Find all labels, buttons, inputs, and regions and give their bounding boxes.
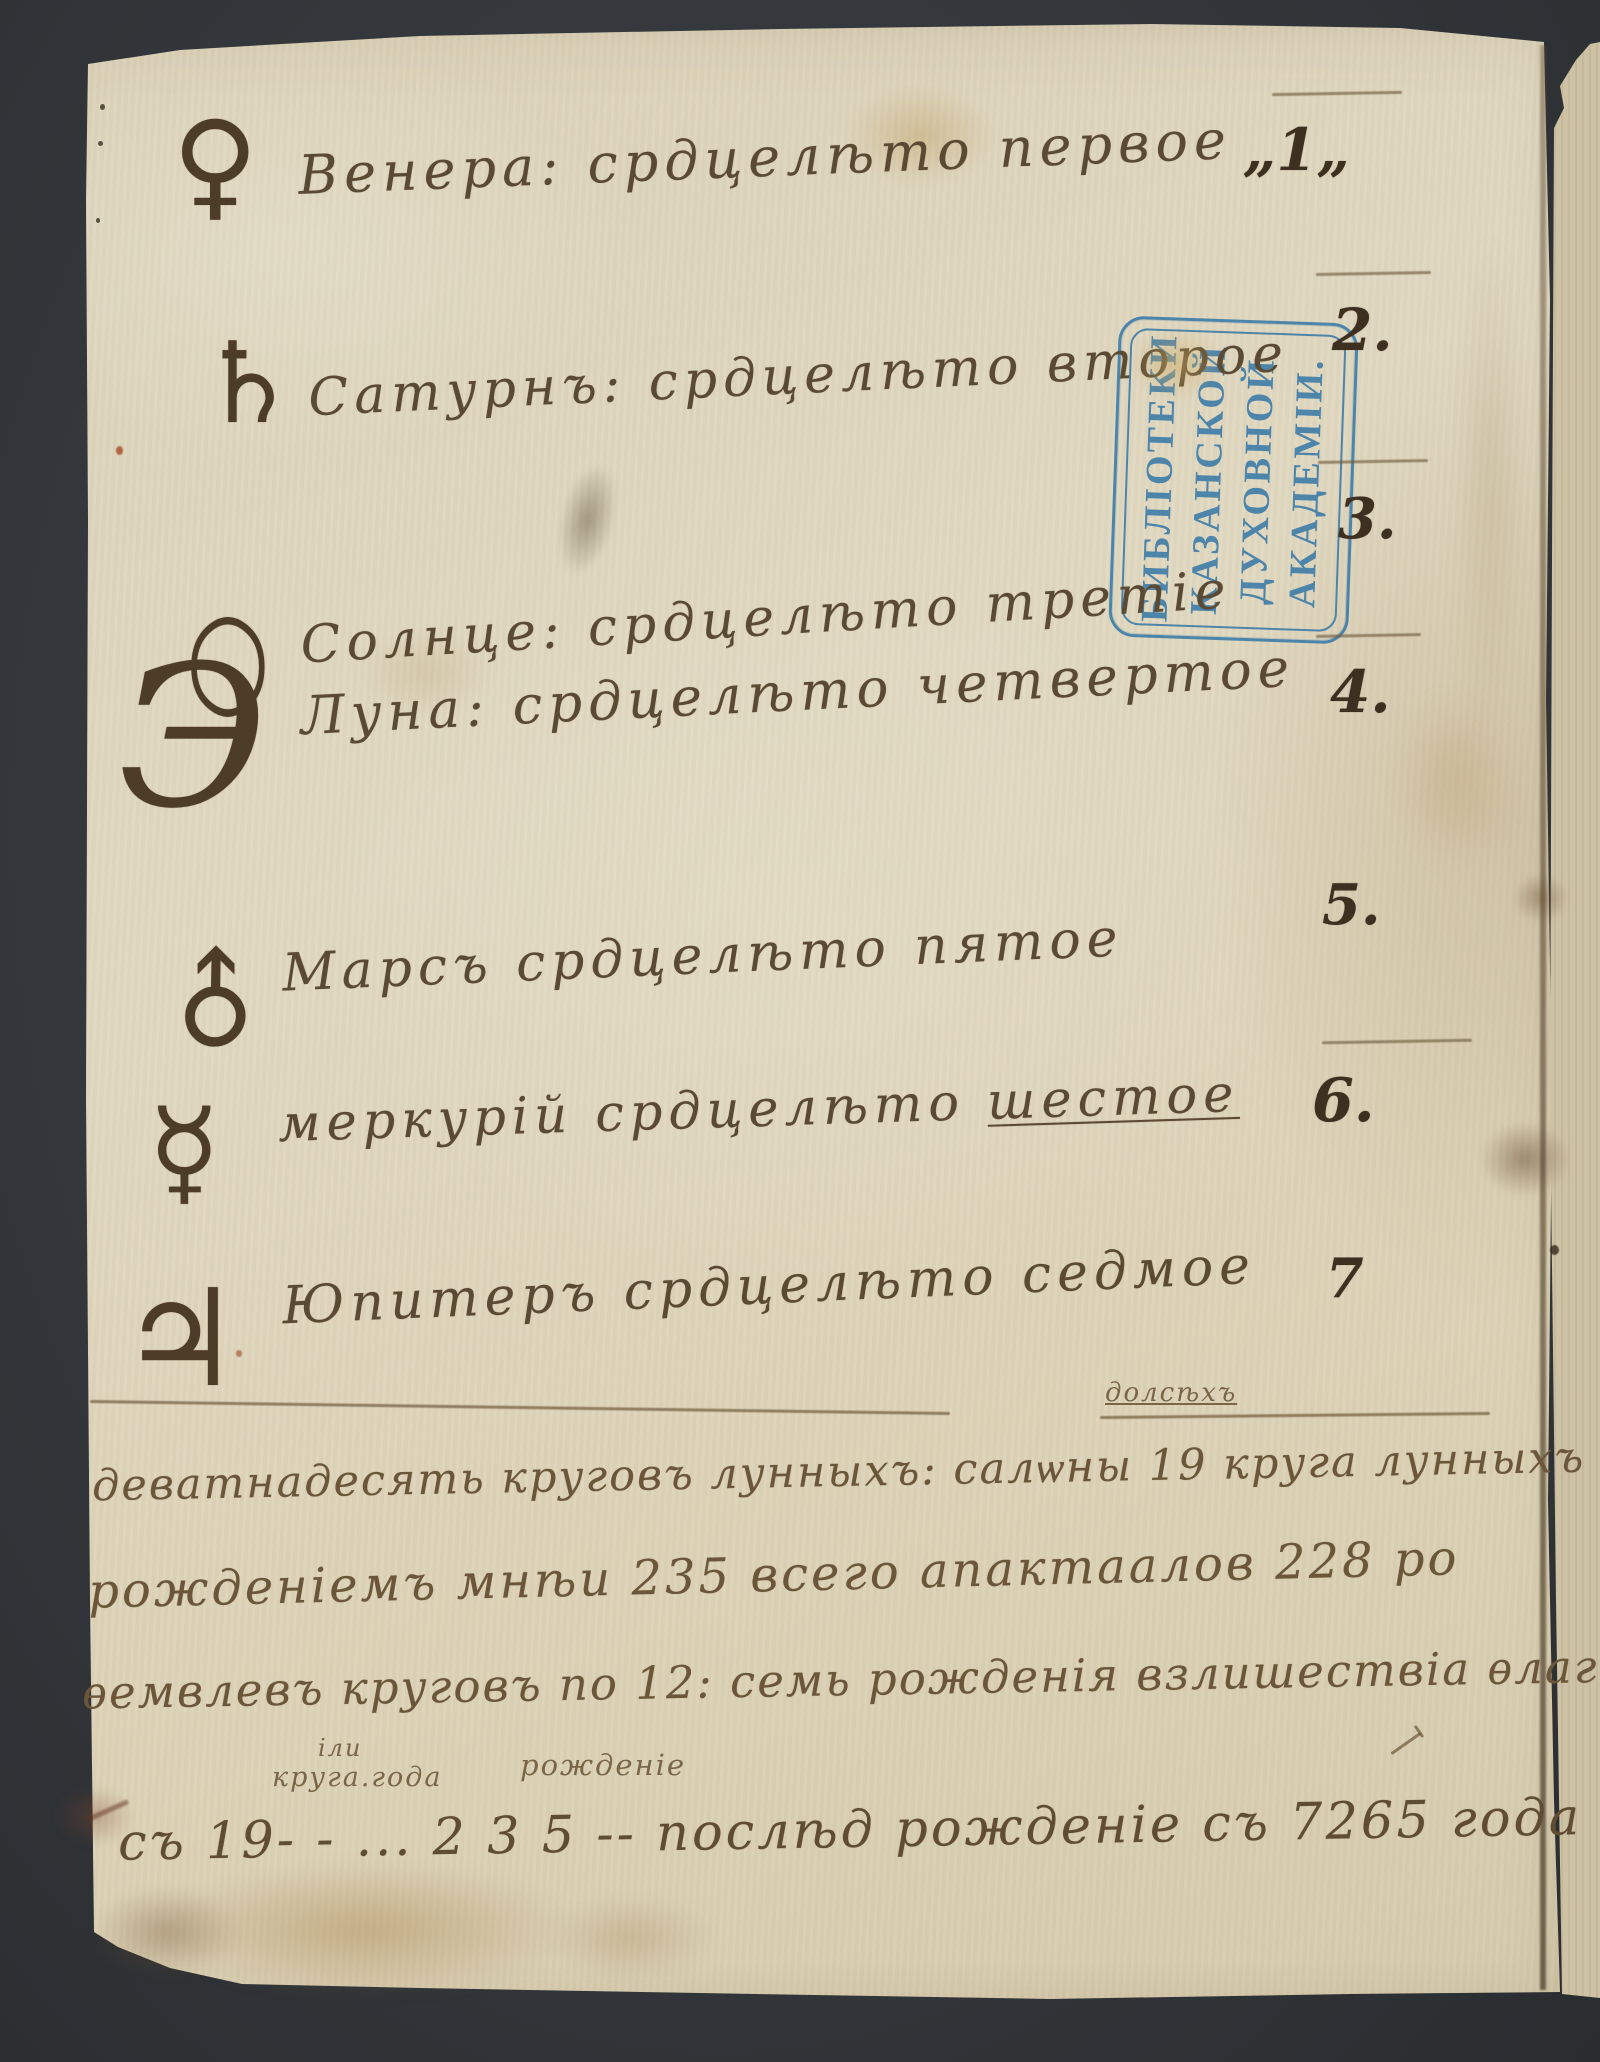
entry-number: 5. bbox=[1322, 872, 1380, 938]
entry-number: 7 bbox=[1326, 1246, 1364, 1310]
entry-text-underlined: шестое bbox=[986, 1065, 1240, 1132]
moon-symbol: Э bbox=[118, 640, 268, 836]
entry-number: 6. bbox=[1312, 1066, 1375, 1136]
divider-note: долсѣхъ bbox=[1105, 1378, 1237, 1408]
jupiter-symbol: ♃ bbox=[120, 1272, 240, 1406]
wormhole bbox=[100, 104, 105, 110]
wormhole bbox=[96, 218, 100, 223]
page-crease bbox=[1540, 45, 1546, 1990]
stamp-line: ДУХОВНОЙ bbox=[1229, 356, 1287, 605]
footer-note-kruga: круга.года bbox=[272, 1762, 443, 1793]
footer-note-ili: іли bbox=[318, 1734, 362, 1762]
saturn-symbol: ♄ bbox=[198, 328, 298, 440]
entry-number: 4. bbox=[1330, 658, 1391, 726]
crease-speck bbox=[1550, 1245, 1559, 1255]
photograph-background: БИБЛІОТЕКИ КАЗАНСКОЙ ДУХОВНОЙ АКАДЕМІИ. … bbox=[0, 0, 1600, 2062]
mercury-symbol: ☿ bbox=[148, 1092, 220, 1210]
entry-number: „1„ bbox=[1243, 116, 1350, 184]
entry-number: 2. bbox=[1332, 296, 1393, 364]
venus-symbol: ♀ bbox=[172, 105, 258, 223]
footer-note-rozhdenie: рожденіе bbox=[520, 1748, 686, 1782]
wormhole bbox=[98, 141, 103, 146]
stamp-line: АКАДЕМІИ. bbox=[1278, 356, 1336, 608]
red-speck bbox=[116, 446, 123, 455]
entry-number: 3. bbox=[1338, 486, 1396, 552]
